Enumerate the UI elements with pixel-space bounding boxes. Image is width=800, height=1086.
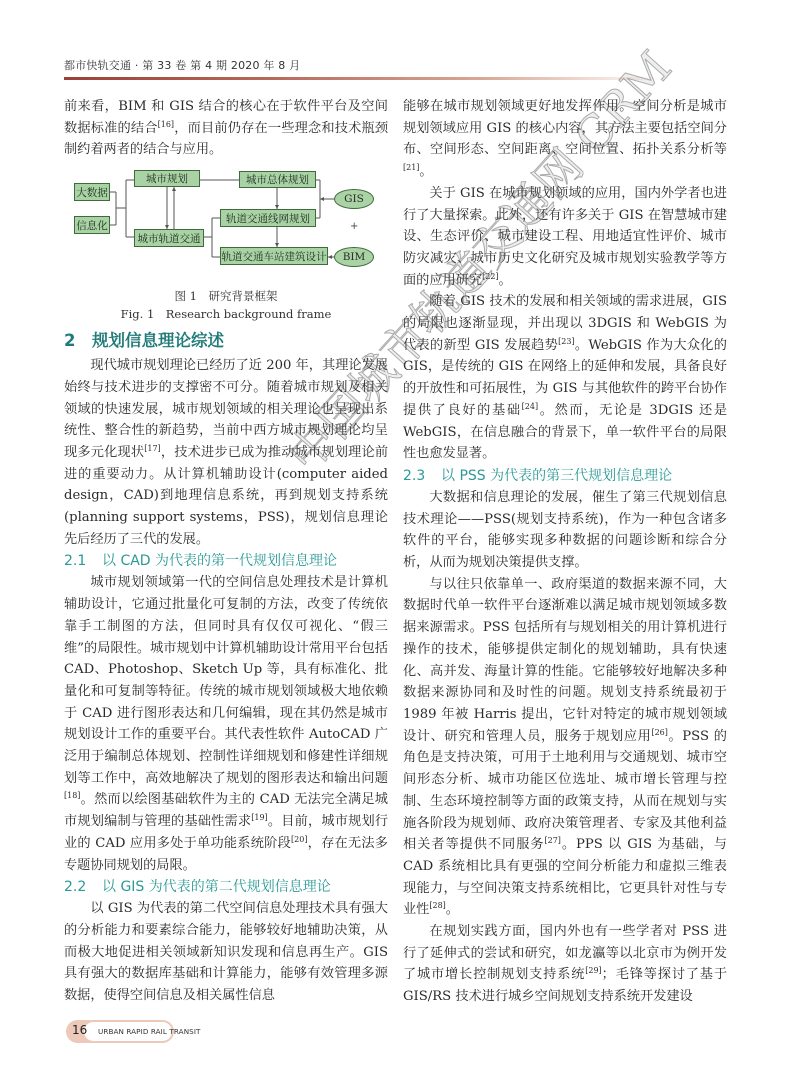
section-heading-2-3: 2.3以 PSS 为代表的第三代规划信息理论 bbox=[403, 465, 727, 487]
text-run: 与以往只依靠单一、政府渠道的数据来源不同，大数据时代单一软件平台逐渐难以满足城市… bbox=[403, 577, 727, 744]
right-paragraph-2: 关于 GIS 在城市规划领域的应用，国内外学者也进行了大量探索。此外，还有许多关… bbox=[403, 183, 727, 292]
left-column: 前来看，BIM 和 GIS 结合的核心在于软件平台及空间数据标准的结合[16]，… bbox=[64, 96, 388, 1007]
intro-paragraph: 前来看，BIM 和 GIS 结合的核心在于软件平台及空间数据标准的结合[16]，… bbox=[64, 96, 388, 161]
figure-caption-cn: 图 1 研究背景框架 bbox=[64, 287, 388, 305]
node-network-plan: 轨道交通线网规划 bbox=[220, 209, 316, 227]
header-rule bbox=[64, 77, 664, 80]
citation[interactable]: [21] bbox=[403, 163, 419, 172]
section-number: 2 bbox=[64, 329, 92, 353]
node-urban-rail-transit: 城市轨道交通 bbox=[134, 229, 204, 247]
section-title: 以 CAD 为代表的第一代规划信息理论 bbox=[102, 553, 337, 569]
node-informatization: 信息化 bbox=[74, 216, 110, 234]
right-column: 能够在城市规划领域更好地发挥作用。空间分析是城市规划领域应用 GIS 的核心内容… bbox=[403, 96, 727, 1008]
citation[interactable]: [28] bbox=[429, 901, 445, 910]
section-heading-2-1: 2.1以 CAD 为代表的第一代规划信息理论 bbox=[64, 550, 388, 572]
plus-sign: + bbox=[350, 221, 358, 232]
citation[interactable]: [26] bbox=[651, 728, 667, 737]
node-station-design: 轨道交通车站建筑设计 bbox=[220, 247, 328, 265]
citation[interactable]: [23] bbox=[558, 337, 574, 346]
text-run: 关于 GIS 在城市规划领域的应用，国内外学者也进行了大量探索。此外，还有许多关… bbox=[403, 186, 727, 288]
section-title: 以 GIS 为代表的第二代规划信息理论 bbox=[102, 879, 331, 895]
node-bim: BIM bbox=[334, 247, 374, 267]
figure-caption-en: Fig. 1 Research background frame bbox=[64, 305, 388, 323]
section-2-3-paragraph-2: 与以往只依靠单一、政府渠道的数据来源不同，大数据时代单一软件平台逐渐难以满足城市… bbox=[403, 574, 727, 921]
text-run: 。 bbox=[419, 164, 432, 179]
section-title: 以 PSS 为代表的第三代规划信息理论 bbox=[441, 468, 672, 484]
section-number: 2.2 bbox=[64, 876, 102, 898]
citation[interactable]: [29] bbox=[585, 966, 601, 975]
citation[interactable]: [16] bbox=[158, 120, 174, 129]
section-title: 规划信息理论综述 bbox=[92, 331, 224, 350]
citation[interactable]: [17] bbox=[144, 444, 160, 453]
citation[interactable]: [24] bbox=[522, 402, 538, 411]
section-2-paragraph: 现代城市规划理论已经历了近 200 年，其理论发展始终与技术进步的支撑密不可分。… bbox=[64, 355, 388, 550]
text-run: 城市规划领域第一代的空间信息处理技术是计算机辅助设计，它通过批量化可复制的方法，… bbox=[64, 575, 388, 785]
section-2-3-paragraph-1: 大数据和信息理论的发展，催生了第三代规划信息技术理论——PSS(规划支持系统)，… bbox=[403, 487, 727, 574]
text-run: 。 bbox=[446, 902, 459, 917]
right-paragraph-1: 能够在城市规划领域更好地发挥作用。空间分析是城市规划领域应用 GIS 的核心内容… bbox=[403, 96, 727, 183]
text-run: 。 bbox=[499, 273, 512, 288]
section-number: 2.1 bbox=[64, 550, 102, 572]
node-urban-planning: 城市规划 bbox=[134, 170, 200, 187]
section-heading-2-2: 2.2以 GIS 为代表的第二代规划信息理论 bbox=[64, 876, 388, 898]
citation[interactable]: [18] bbox=[64, 791, 80, 800]
text-run: ，技术进步已成为推动城市规划理论前进的重要动力。从计算机辅助设计(compute… bbox=[64, 445, 388, 547]
section-number: 2.3 bbox=[403, 465, 441, 487]
journal-name-en: URBAN RAPID RAIL TRANSIT bbox=[98, 1027, 201, 1036]
text-run: 能够在城市规划领域更好地发挥作用。空间分析是城市规划领域应用 GIS 的核心内容… bbox=[403, 99, 727, 157]
node-big-data: 大数据 bbox=[74, 183, 110, 201]
figure-1-diagram: 大数据 信息化 城市规划 城市轨道交通 城市总体规划 轨道交通线网规划 轨道交通… bbox=[64, 167, 388, 285]
section-2-2-paragraph: 以 GIS 为代表的第二代空间信息处理技术具有强大的分析能力和要素综合能力，能够… bbox=[64, 898, 388, 1007]
node-master-plan: 城市总体规划 bbox=[239, 171, 316, 188]
section-2-1-paragraph: 城市规划领域第一代的空间信息处理技术是计算机辅助设计，它通过批量化可复制的方法，… bbox=[64, 572, 388, 876]
node-gis: GIS bbox=[334, 189, 374, 209]
running-head: 都市快轨交通 · 第 33 卷 第 4 期 2020 年 8 月 bbox=[64, 57, 300, 73]
page-number: 16 bbox=[72, 1023, 87, 1037]
text-run: 。PSS 的角色是支持决策，可用于土地利用与交通规划、城市空间形态分析、城市功能… bbox=[403, 729, 727, 853]
right-paragraph-3: 随着 GIS 技术的发展和相关领域的需求进展，GIS 的局限也逐渐显现，并出现以… bbox=[403, 291, 727, 465]
section-2-3-paragraph-3: 在规划实践方面，国内外也有一些学者对 PSS 进行了延伸式的尝试和研究，如龙瀛等… bbox=[403, 921, 727, 1008]
citation[interactable]: [20] bbox=[291, 835, 307, 844]
citation[interactable]: [22] bbox=[482, 272, 498, 281]
section-heading-2: 2规划信息理论综述 bbox=[64, 329, 388, 353]
citation[interactable]: [19] bbox=[251, 813, 267, 822]
citation[interactable]: [27] bbox=[545, 836, 561, 845]
